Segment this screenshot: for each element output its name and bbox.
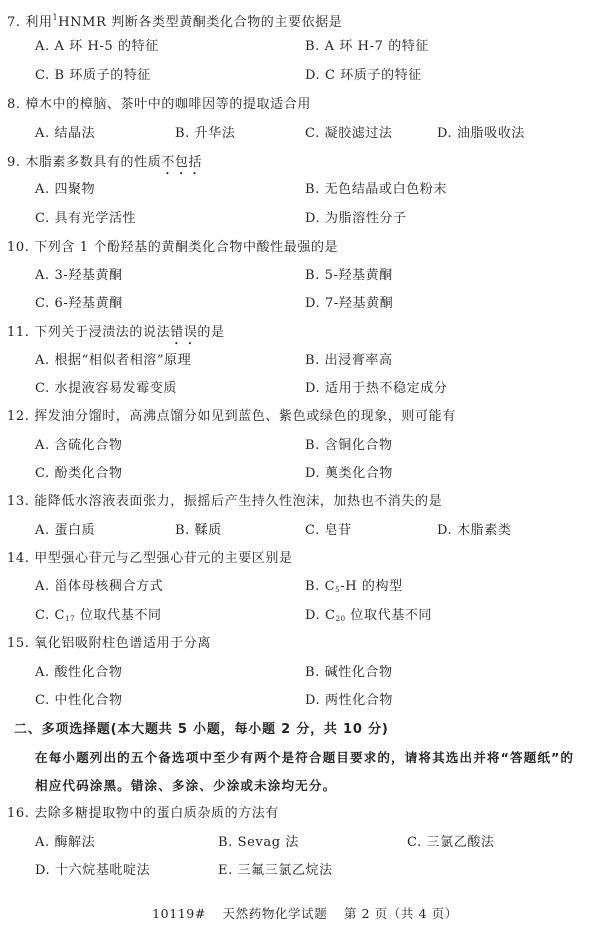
question-11-stem: 11. 下列关于浸渍法的说法错误的是 (7, 325, 225, 348)
question-14-option-c: C. C17 位取代基不同 (35, 608, 162, 627)
question-16-stem: 16. 去除多糖提取物中的蛋白质杂质的方法有 (7, 806, 279, 822)
page-number: 第 2 页（共 4 页） (344, 906, 458, 921)
question-15-option-b: B. 碱性化合物 (305, 665, 393, 681)
question-12-option-d: D. 薁类化合物 (305, 466, 393, 482)
question-13-stem: 13. 能降低水溶液表面张力，振摇后产生持久性泡沫，加热也不消失的是 (7, 494, 442, 510)
question-7-option-a: A. A 环 H-5 的特征 (35, 39, 159, 55)
question-11-option-c: C. 水提液容易发霉变质 (35, 381, 177, 397)
question-14-option-b: B. C5-H 的构型 (305, 579, 403, 598)
question-8-option-c: C. 凝胶滤过法 (305, 126, 393, 142)
question-7-option-c: C. B 环质子的特征 (35, 68, 151, 84)
question-12-option-a: A. 含硫化合物 (35, 438, 122, 454)
question-13-option-a: A. 蛋白质 (35, 523, 95, 539)
exam-page: 7. 利用1HNMR 判断各类型黄酮类化合物的主要依据是 A. A 环 H-5 … (0, 0, 610, 929)
question-16-option-a: A. 酶解法 (35, 835, 95, 851)
question-16-option-b: B. Sevag 法 (218, 835, 299, 851)
question-11-option-d: D. 适用于热不稳定成分 (305, 381, 447, 397)
question-9-option-d: D. 为脂溶性分子 (305, 211, 407, 227)
question-8-option-b: B. 升华法 (175, 126, 235, 142)
question-10-option-d: D. 7-羟基黄酮 (305, 296, 393, 312)
emphasis-wrong: 错误 (170, 325, 197, 340)
question-14-stem: 14. 甲型强心苷元与乙型强心苷元的主要区别是 (7, 551, 293, 567)
question-15-option-c: C. 中性化合物 (35, 693, 123, 709)
question-11-option-b: B. 出浸膏率高 (305, 353, 393, 369)
question-10-option-a: A. 3-羟基黄酮 (35, 268, 123, 284)
question-12-option-c: C. 酚类化合物 (35, 466, 123, 482)
question-11-option-a: A. 根据“相似者相溶”原理 (35, 353, 191, 369)
exam-title: 天然药物化学试题 (223, 906, 328, 921)
section-2-heading: 二、多项选择题(本大题共 5 小题，每小题 2 分，共 10 分) (14, 722, 389, 738)
emphasis-not-include: 不包括 (161, 155, 202, 170)
question-13-option-c: C. 皂苷 (305, 523, 352, 539)
section-2-instruction-line-1: 在每小题列出的五个备选项中至少有两个是符合题目要求的，请将其选出并将“答题纸”的 (35, 750, 574, 766)
question-7-option-d: D. C 环质子的特征 (305, 68, 422, 84)
question-9-stem: 9. 木脂素多数具有的性质不包括 (7, 155, 202, 178)
question-9-option-b: B. 无色结晶或白色粉末 (305, 182, 447, 198)
question-15-stem: 15. 氧化铝吸附柱色谱适用于分离 (7, 636, 211, 652)
question-12-option-b: B. 含铜化合物 (305, 438, 393, 454)
question-10-stem: 10. 下列含 1 个酚羟基的黄酮类化合物中酸性最强的是 (7, 240, 338, 256)
question-9-option-a: A. 四聚物 (35, 182, 95, 198)
question-8-stem: 8. 樟木中的樟脑、茶叶中的咖啡因等的提取适合用 (7, 97, 311, 113)
question-7-option-b: B. A 环 H-7 的特征 (305, 39, 429, 55)
section-2-instruction-line-2: 相应代码涂黑。错涂、多涂、少涂或未涂均无分。 (35, 778, 336, 794)
exam-code: 10119# (152, 906, 206, 921)
question-10-option-c: C. 6-羟基黄酮 (35, 296, 123, 312)
question-8-option-a: A. 结晶法 (35, 126, 95, 142)
question-12-stem: 12. 挥发油分馏时，高沸点馏分如见到蓝色、紫色或绿色的现象，则可能有 (7, 409, 456, 425)
question-15-option-a: A. 酸性化合物 (35, 665, 122, 681)
question-7-stem: 7. 利用1HNMR 判断各类型黄酮类化合物的主要依据是 (7, 10, 342, 31)
question-15-option-d: D. 两性化合物 (305, 693, 393, 709)
question-16-option-e: E. 三氟三氯乙烷法 (218, 863, 333, 879)
question-14-option-a: A. 甾体母核稠合方式 (35, 579, 163, 595)
page-footer: 10119# 天然药物化学试题 第 2 页（共 4 页） (0, 904, 610, 922)
question-13-option-d: D. 木脂素类 (437, 523, 511, 539)
question-9-option-c: C. 具有光学活性 (35, 211, 136, 227)
question-16-option-d: D. 十六烷基吡啶法 (35, 863, 150, 879)
question-16-option-c: C. 三氯乙酸法 (407, 835, 495, 851)
question-13-option-b: B. 鞣质 (175, 523, 222, 539)
question-10-option-b: B. 5-羟基黄酮 (305, 268, 393, 284)
question-14-option-d: D. C20 位取代基不同 (305, 608, 432, 627)
question-8-option-d: D. 油脂吸收法 (437, 126, 525, 142)
